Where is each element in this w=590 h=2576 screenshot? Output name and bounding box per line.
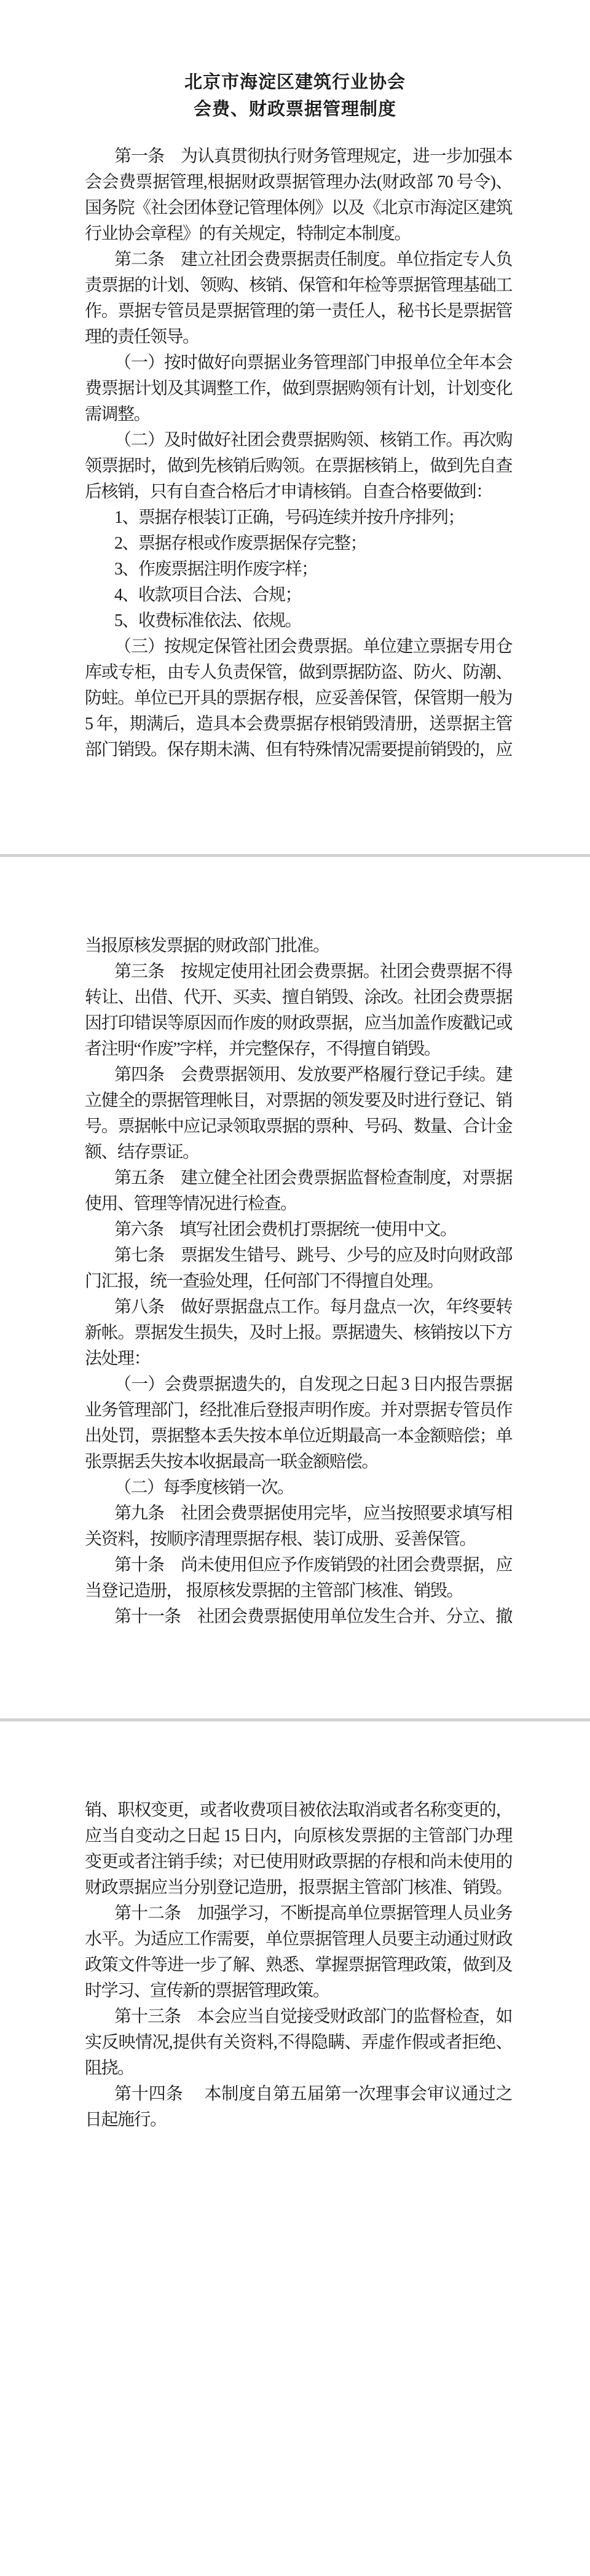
doc-line: 立健全的票据管理帐目，对票据的领发要及时进行登记、销 (85, 1088, 512, 1114)
doc-line: 阻挠。 (85, 2056, 512, 2081)
doc-line: 第六条 填写社团会费机打票据统一使用中文。 (85, 1217, 512, 1243)
doc-line: 理的责任领导。 (85, 324, 512, 350)
doc-line: （二）每季度核销一次。 (85, 1475, 512, 1501)
doc-line: 出处罚，票据整本丢失按本单位近期最高一本金额赔偿；单 (85, 1423, 512, 1449)
doc-line: 责票据的计划、领购、核销、保管和年检等票据管理基础工 (85, 273, 512, 299)
doc-line: 关资料，按顺序清理票据存根、装订成册、妥善保管。 (85, 1527, 512, 1552)
doc-line: 2、票据存根或作废票据保存完整； (85, 531, 512, 557)
doc-line: （一）按时做好向票据业务管理部门申报单位全年本会 (85, 350, 512, 376)
doc-line: 国务院《社会团体登记管理体例》以及《北京市海淀区建筑 (85, 195, 512, 221)
doc-line: 第四条 会费票据领用、发放要严格履行登记手续。建 (85, 1062, 512, 1088)
doc-line: 因打印错误等原因而作废的财政票据，应当加盖作废戳记或 (85, 1011, 512, 1036)
doc-line: 第十条 尚未使用但应予作废销毁的社团会费票据，应 (85, 1552, 512, 1578)
doc-line: 财政票据应当分别登记造册，报票据主管部门核准、销毁。 (85, 1875, 512, 1901)
doc-line: （二）及时做好社团会费票据购领、核销工作。再次购 (85, 428, 512, 453)
doc-line: 使用、管理等情况进行检查。 (85, 1191, 512, 1217)
page-1-body: 第一条 为认真贯彻执行财务管理规定，进一步加强本会会费票据管理,根据财政票据管理… (85, 144, 512, 763)
doc-line: 部门销毁。保存期未满、但有特殊情况需要提前销毁的，应 (85, 737, 512, 763)
doc-line: 实反映情况,提供有关资料,不得隐瞒、弄虚作假或者拒绝、 (85, 2030, 512, 2056)
doc-line: 水平。为适应工作需要，单位票据管理人员要主动通过财政 (85, 1927, 512, 1952)
doc-line: 门汇报，统一查验处理，任何部门不得擅自处理。 (85, 1269, 512, 1294)
doc-line: 新帐。票据发生损失，及时上报。票据遗失、核销按以下方 (85, 1320, 512, 1346)
doc-line: 张票据丢失按本收据最高一联金额赔偿。 (85, 1449, 512, 1475)
doc-line: 需调整。 (85, 402, 512, 428)
doc-line: 第九条 社团会费票据使用完毕，应当按照要求填写相 (85, 1501, 512, 1527)
doc-title-line-2: 会费、财政票据管理制度 (0, 96, 590, 123)
doc-line: 者注明“作废”字样，并完整保存，不得擅自销毁。 (85, 1036, 512, 1062)
doc-line: 第五条 建立健全社团会费票据监督检查制度，对票据 (85, 1165, 512, 1191)
doc-line: 业务管理部门，经批准后登报声明作废。并对票据专管员作 (85, 1398, 512, 1423)
doc-line: 转让、出借、代开、买卖、擅自销毁、涂改。社团会费票据 (85, 985, 512, 1011)
doc-line: 作。票据专管员是票据管理的第一责任人，秘书长是票据管 (85, 299, 512, 324)
doc-line: 当登记造册， 报原核发票据的主管部门核准、销毁。 (85, 1578, 512, 1604)
doc-line: 当报原核发票据的财政部门批准。 (85, 933, 512, 959)
doc-line: 第一条 为认真贯彻执行财务管理规定，进一步加强本 (85, 144, 512, 170)
doc-line: （一）会费票据遗失的，自发现之日起 3 日内报告票据 (85, 1372, 512, 1398)
doc-title-line-1: 北京市海淀区建筑行业协会 (0, 69, 590, 96)
doc-line: 日起施行。 (85, 2107, 512, 2133)
doc-line: 3、作废票据注明作废字样； (85, 557, 512, 582)
doc-line: 库或专柜，由专人负责保管，做到票据防盗、防火、防潮、 (85, 660, 512, 686)
document-view: 北京市海淀区建筑行业协会 会费、财政票据管理制度 第一条 为认真贯彻执行财务管理… (0, 0, 590, 2576)
doc-line: 第二条 建立社团会费票据责任制度。单位指定专人负 (85, 247, 512, 273)
doc-line: 行业协会章程》的有关规定，特制定本制度。 (85, 221, 512, 247)
doc-line: 额、结存票证。 (85, 1140, 512, 1165)
doc-line: 第十一条 社团会费票据使用单位发生合并、分立、撤 (85, 1604, 512, 1630)
doc-line: 防蛀。单位已开具的票据存根，应妥善保管，保管期一般为 (85, 686, 512, 711)
doc-title: 北京市海淀区建筑行业协会 会费、财政票据管理制度 (0, 69, 590, 123)
doc-line: 第十三条 本会应当自觉接受财政部门的监督检查，如 (85, 2004, 512, 2030)
doc-line: 费票据计划及其调整工作，做到票据购领有计划，计划变化 (85, 376, 512, 402)
doc-line: 5 年，期满后，造具本会费票据存根销毁清册，送票据主管 (85, 711, 512, 737)
doc-line: 应当自变动之日起 15 日内，向原核发票据的主管部门办理 (85, 1823, 512, 1849)
doc-line: 第十四条 本制度自第五届第一次理事会审议通过之 (85, 2081, 512, 2107)
doc-line: 第十二条 加强学习，不断提高单位票据管理人员业务 (85, 1901, 512, 1927)
doc-line: 变更或者注销手续；对已使用财政票据的存根和尚未使用的 (85, 1849, 512, 1875)
doc-line: 1、票据存根装订正确，号码连续并按升序排列； (85, 505, 512, 531)
doc-line: 后核销，只有自查合格后才申请核销。自查合格要做到： (85, 479, 512, 505)
page-3-body: 销、职权变更，或者收费项目被依法取消或者名称变更的，应当自变动之日起 15 日内… (85, 1798, 512, 2133)
doc-line: 销、职权变更，或者收费项目被依法取消或者名称变更的， (85, 1798, 512, 1823)
doc-line: 政策文件等进一步了解、熟悉、掌握票据管理政策，做到及 (85, 1952, 512, 1978)
doc-line: 号。票据帐中应记录领取票据的票种、号码、数量、合计金 (85, 1114, 512, 1140)
page-3: 销、职权变更，或者收费项目被依法取消或者名称变更的，应当自变动之日起 15 日内… (0, 1721, 590, 2576)
doc-line: 第八条 做好票据盘点工作。每月盘点一次，年终要转 (85, 1294, 512, 1320)
doc-line: （三）按规定保管社团会费票据。单位建立票据专用仓 (85, 634, 512, 660)
page-2: 当报原核发票据的财政部门批准。第三条 按规定使用社团会费票据。社团会费票据不得转… (0, 857, 590, 1718)
doc-line: 第七条 票据发生错号、跳号、少号的应及时向财政部 (85, 1243, 512, 1269)
doc-line: 领票据时，做到先核销后购领。在票据核销上，做到先自查 (85, 453, 512, 479)
doc-line: 时学习、宣传新的票据管理政策。 (85, 1978, 512, 2004)
doc-line: 会会费票据管理,根据财政票据管理办法(财政部 70 号令)、 (85, 170, 512, 195)
page-2-body: 当报原核发票据的财政部门批准。第三条 按规定使用社团会费票据。社团会费票据不得转… (85, 933, 512, 1630)
doc-line: 第三条 按规定使用社团会费票据。社团会费票据不得 (85, 959, 512, 985)
doc-line: 4、收款项目合法、合规； (85, 582, 512, 608)
page-1: 北京市海淀区建筑行业协会 会费、财政票据管理制度 第一条 为认真贯彻执行财务管理… (0, 0, 590, 854)
doc-line: 5、收费标准依法、依规。 (85, 608, 512, 634)
doc-line: 法处理： (85, 1346, 512, 1372)
